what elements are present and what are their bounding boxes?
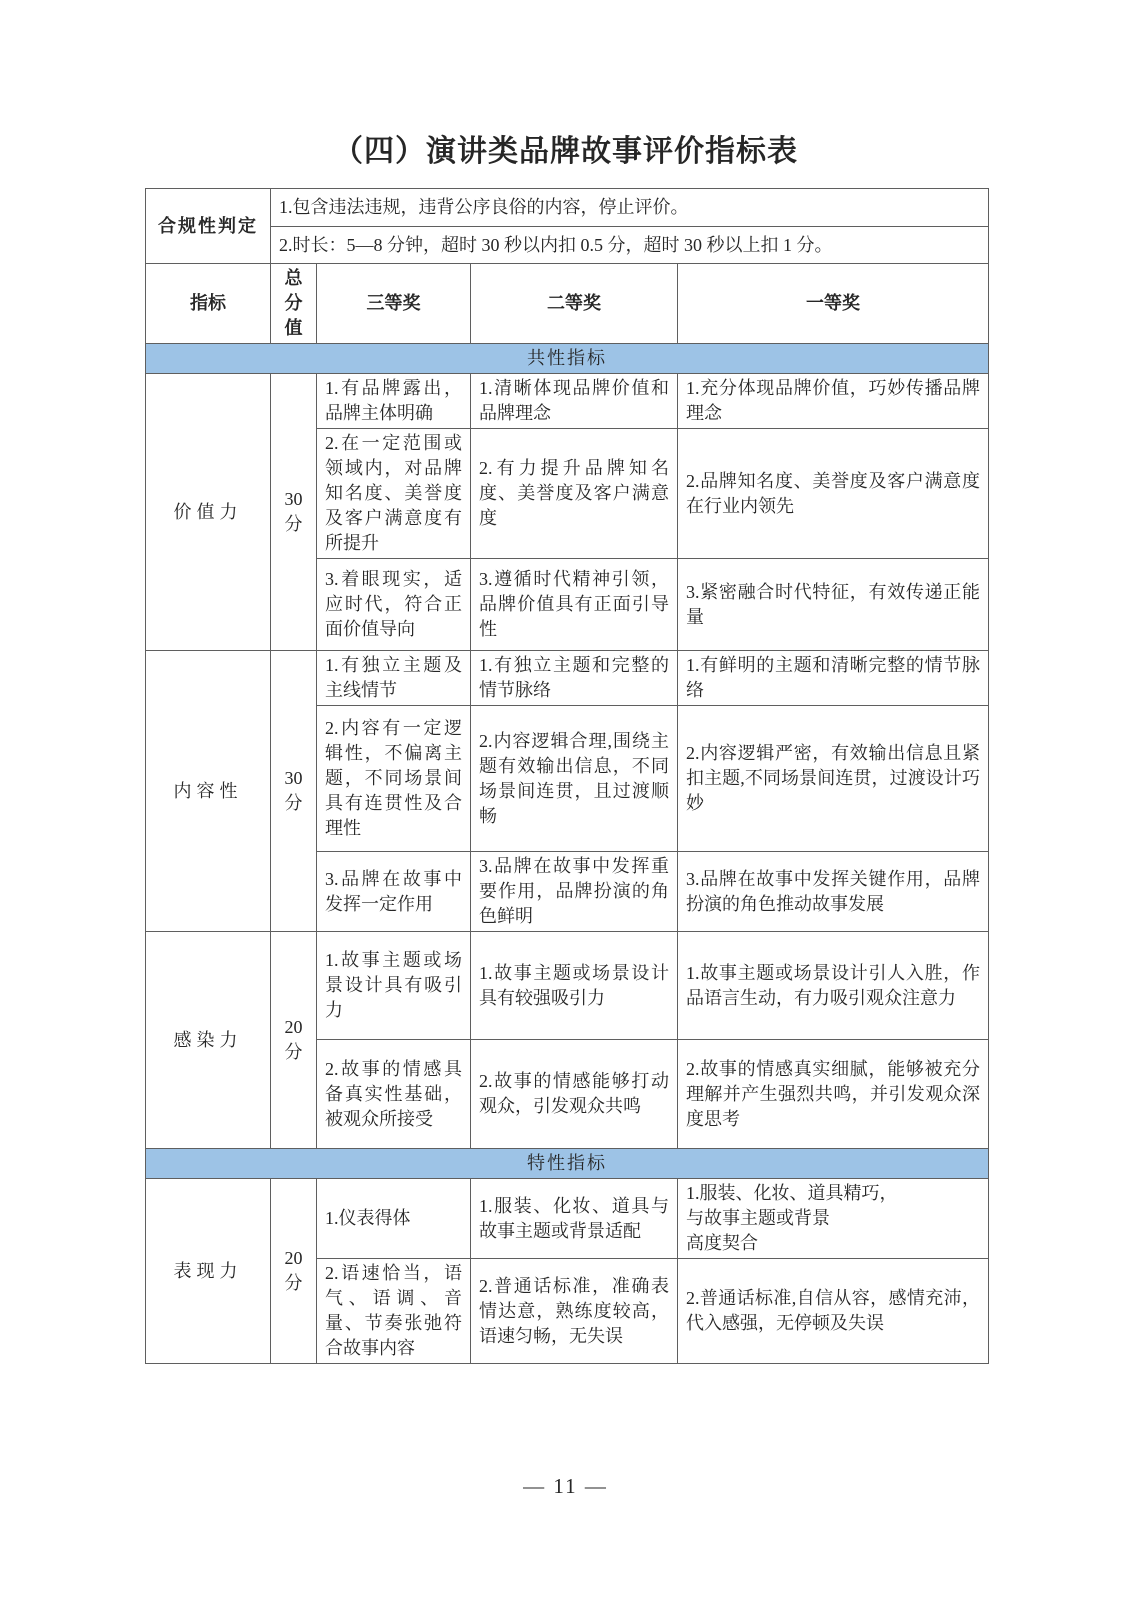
table-row: 价值力 30 分 1.有品牌露出，品牌主体明确 1.清晰体现品牌价值和品牌理念 … bbox=[146, 374, 989, 429]
column-header-third-prize: 三等奖 bbox=[317, 264, 471, 344]
indicator-score-expressiveness: 20 分 bbox=[271, 1179, 317, 1364]
criteria-cell: 3.紧密融合时代特征，有效传递正能量 bbox=[678, 559, 989, 651]
criteria-cell: 2.在一定范围或领域内，对品牌知名度、美誉度及客户满意度有所提升 bbox=[317, 429, 471, 559]
criteria-cell: 2.故事的情感具备真实性基础，被观众所接受 bbox=[317, 1040, 471, 1149]
criteria-cell: 2.有力提升品牌知名度、美誉度及客户满意度 bbox=[471, 429, 678, 559]
compliance-label: 合规性判定 bbox=[146, 189, 271, 264]
column-header-indicator: 指标 bbox=[146, 264, 271, 344]
page-number: — 11 — bbox=[0, 1474, 1131, 1499]
criteria-cell: 1.有独立主题及主线情节 bbox=[317, 651, 471, 706]
criteria-cell: 1.有鲜明的主题和清晰完整的情节脉络 bbox=[678, 651, 989, 706]
section-band-common: 共性指标 bbox=[146, 344, 989, 374]
document-page: （四）演讲类品牌故事评价指标表 合规性判定 1.包含违法违规，违背公序良俗的内容… bbox=[0, 0, 1131, 1600]
indicator-name-value-power: 价值力 bbox=[146, 374, 271, 651]
column-header-second-prize: 二等奖 bbox=[471, 264, 678, 344]
table-row-compliance-2: 2.时长：5—8 分钟，超时 30 秒以内扣 0.5 分，超时 30 秒以上扣 … bbox=[146, 227, 989, 264]
table-row-compliance-1: 合规性判定 1.包含违法违规，违背公序良俗的内容，停止评价。 bbox=[146, 189, 989, 227]
criteria-cell: 2.故事的情感真实细腻，能够被充分理解并产生强烈共鸣，并引发观众深度思考 bbox=[678, 1040, 989, 1149]
criteria-cell: 1.故事主题或场景设计具有较强吸引力 bbox=[471, 932, 678, 1040]
criteria-cell: 3.着眼现实，适应时代，符合正面价值导向 bbox=[317, 559, 471, 651]
criteria-cell: 2.普通话标准，准确表情达意，熟练度较高，语速匀畅，无失误 bbox=[471, 1259, 678, 1364]
criteria-cell: 3.品牌在故事中发挥重要作用，品牌扮演的角色鲜明 bbox=[471, 852, 678, 932]
criteria-cell: 2.品牌知名度、美誉度及客户满意度在行业内领先 bbox=[678, 429, 989, 559]
indicator-name-expressiveness: 表现力 bbox=[146, 1179, 271, 1364]
criteria-cell: 3.品牌在故事中发挥关键作用，品牌扮演的角色推动故事发展 bbox=[678, 852, 989, 932]
criteria-cell: 1.有独立主题和完整的情节脉络 bbox=[471, 651, 678, 706]
criteria-cell: 1.故事主题或场景设计具有吸引力 bbox=[317, 932, 471, 1040]
evaluation-table: 合规性判定 1.包含违法违规，违背公序良俗的内容，停止评价。 2.时长：5—8 … bbox=[145, 188, 989, 1364]
criteria-cell: 1.服装、化妆、道具与故事主题或背景适配 bbox=[471, 1179, 678, 1259]
section-band-special: 特性指标 bbox=[146, 1149, 989, 1179]
table-row: 感染力 20 分 1.故事主题或场景设计具有吸引力 1.故事主题或场景设计具有较… bbox=[146, 932, 989, 1040]
section-band-special-label: 特性指标 bbox=[146, 1149, 989, 1179]
compliance-rule-2: 2.时长：5—8 分钟，超时 30 秒以内扣 0.5 分，超时 30 秒以上扣 … bbox=[271, 227, 989, 264]
criteria-cell: 2.内容有一定逻辑性，不偏离主题，不同场景间具有连贯性及合理性 bbox=[317, 706, 471, 852]
compliance-rule-1: 1.包含违法违规，违背公序良俗的内容，停止评价。 bbox=[271, 189, 989, 227]
criteria-cell: 1.仪表得体 bbox=[317, 1179, 471, 1259]
indicator-score-content: 30 分 bbox=[271, 651, 317, 932]
criteria-cell: 1.故事主题或场景设计引人入胜，作品语言生动，有力吸引观众注意力 bbox=[678, 932, 989, 1040]
column-header-first-prize: 一等奖 bbox=[678, 264, 989, 344]
column-header-total-score: 总分值 bbox=[271, 264, 317, 344]
indicator-name-content: 内容性 bbox=[146, 651, 271, 932]
section-band-common-label: 共性指标 bbox=[146, 344, 989, 374]
indicator-name-appeal: 感染力 bbox=[146, 932, 271, 1149]
criteria-cell: 1.充分体现品牌价值，巧妙传播品牌理念 bbox=[678, 374, 989, 429]
criteria-cell: 2.普通话标准,自信从容，感情充沛，代入感强，无停顿及失误 bbox=[678, 1259, 989, 1364]
indicator-score-value-power: 30 分 bbox=[271, 374, 317, 651]
criteria-cell: 1.服装、化妆、道具精巧， 与故事主题或背景 高度契合 bbox=[678, 1179, 989, 1259]
indicator-score-appeal: 20 分 bbox=[271, 932, 317, 1149]
criteria-cell: 2.内容逻辑严密，有效输出信息且紧扣主题,不同场景间连贯，过渡设计巧妙 bbox=[678, 706, 989, 852]
criteria-cell: 2.语速恰当，语气、语调、音量、节奏张弛符合故事内容 bbox=[317, 1259, 471, 1364]
table-row: 内容性 30 分 1.有独立主题及主线情节 1.有独立主题和完整的情节脉络 1.… bbox=[146, 651, 989, 706]
criteria-cell: 2.故事的情感能够打动观众，引发观众共鸣 bbox=[471, 1040, 678, 1149]
criteria-cell: 1.清晰体现品牌价值和品牌理念 bbox=[471, 374, 678, 429]
table-header-row: 指标 总分值 三等奖 二等奖 一等奖 bbox=[146, 264, 989, 344]
criteria-cell: 3.遵循时代精神引领，品牌价值具有正面引导性 bbox=[471, 559, 678, 651]
criteria-cell: 3.品牌在故事中发挥一定作用 bbox=[317, 852, 471, 932]
criteria-cell: 2.内容逻辑合理,围绕主题有效输出信息，不同场景间连贯，且过渡顺畅 bbox=[471, 706, 678, 852]
table-row: 表现力 20 分 1.仪表得体 1.服装、化妆、道具与故事主题或背景适配 1.服… bbox=[146, 1179, 989, 1259]
criteria-cell: 1.有品牌露出，品牌主体明确 bbox=[317, 374, 471, 429]
page-title: （四）演讲类品牌故事评价指标表 bbox=[0, 126, 1131, 170]
